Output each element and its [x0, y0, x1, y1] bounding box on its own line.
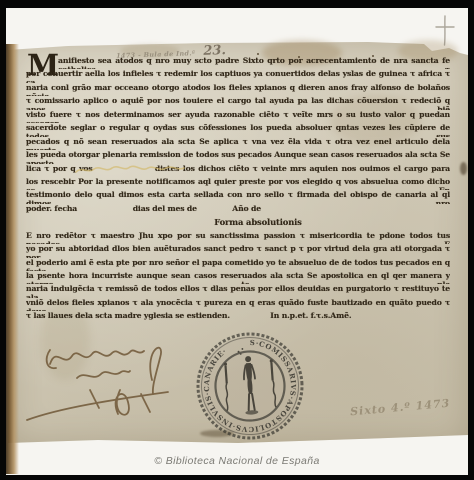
faded-ink-inscription — [74, 163, 186, 177]
printed-text-line: naria conl grão mar occeano otorgo atodo… — [26, 83, 450, 96]
printed-text-block: anifiesto sea atodos q nro muy scto padr… — [26, 56, 450, 325]
printed-text-line: testimonio delo qual dimos esta carta se… — [26, 190, 450, 203]
printed-text-line: E nro redẽtor τ maestro Jhu xpo por su s… — [26, 231, 450, 244]
printed-text-line: Forma absolutionis — [26, 217, 450, 230]
scanned-document-image: 1473 - Bula de Ind.ª 23. M anifiesto sea… — [0, 0, 474, 480]
printed-text-line: vniõ delos fieles xpianos τ ala ynocẽcia… — [26, 298, 450, 311]
handwritten-signature — [20, 334, 190, 434]
printed-text-line: sacerdote seglar o regular q oydas sus c… — [26, 123, 450, 136]
printed-text-line: anifiesto sea atodos q nro muy scto padr… — [26, 56, 450, 69]
pencil-cross-mark — [432, 14, 458, 48]
ink-stamp-seal: S·COMISSARIVS·APOSTOLICVS·INSVLIS·CANARI… — [194, 330, 306, 442]
ink-speck — [257, 53, 259, 55]
printed-text-line: poder. fecha dias del mes de Año de — [26, 204, 450, 217]
copyright-caption: © Biblioteca Nacional de España — [6, 455, 468, 467]
printed-text-line: τ las llaues dela scta madre yglesia se … — [26, 311, 450, 324]
printed-text-line: naria indulgẽcia τ remissõ de todos ello… — [26, 284, 450, 297]
printed-text-line: el poderio ami ẽ esta pte por nro señor … — [26, 258, 450, 271]
printed-text-line: pecados q nõ sean reseruados ala scta Se… — [26, 137, 450, 150]
printed-text-line: visto fuere τ nos determinamos ser ayuda… — [26, 110, 450, 123]
printed-text-line: les pueda otorgar plenaria remission de … — [26, 150, 450, 163]
parchment-fold-edge — [6, 44, 19, 474]
printed-text-line: los rescebir Por la presente notificamos… — [26, 177, 450, 190]
printed-text-line: yo por su abtoridad dlos bien auẽturados… — [26, 244, 450, 257]
printed-text-line: τ comissario aplico o aquiẽ por nos toui… — [26, 96, 450, 109]
printed-text-line: por conuertir aella los infieles τ redem… — [26, 69, 450, 82]
printed-text-line: la psente hora incurriste aunque sean ca… — [26, 271, 450, 284]
ink-blotch — [460, 162, 467, 175]
